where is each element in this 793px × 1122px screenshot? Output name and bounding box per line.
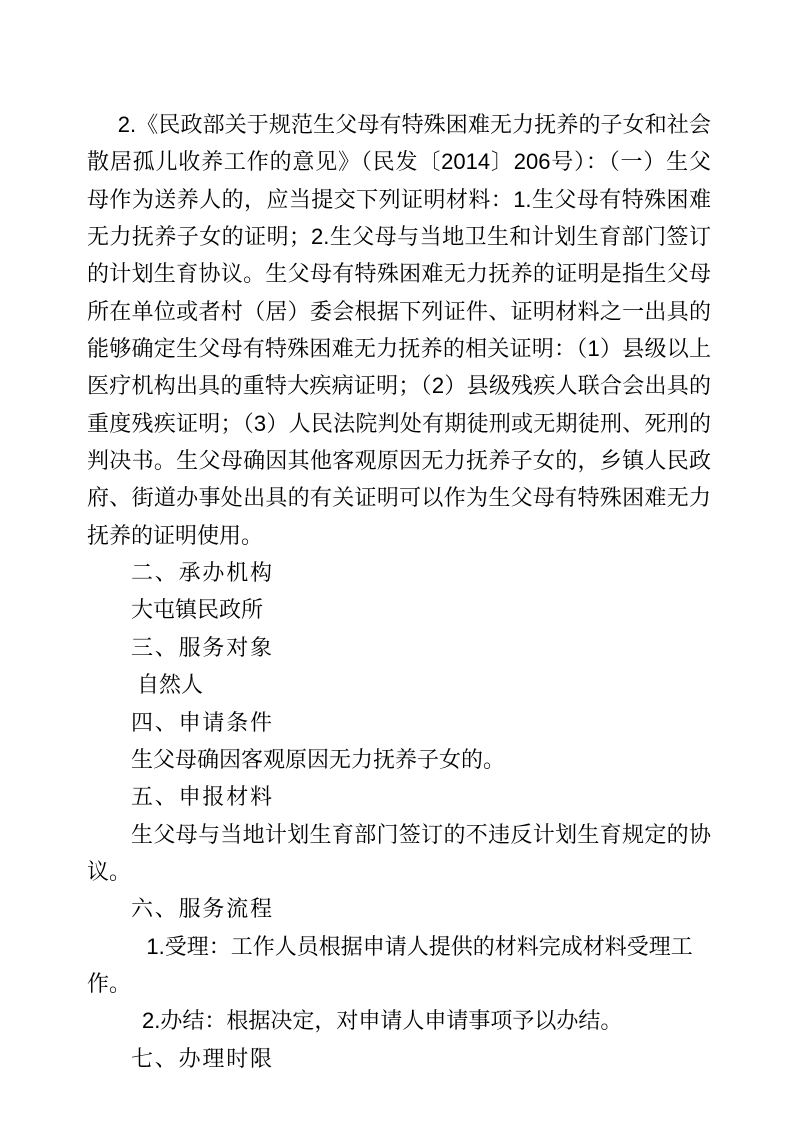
heading-section-7-time-limit: 七、办理时限 bbox=[87, 1040, 711, 1077]
heading-section-4-application-conditions: 四、申请条件 bbox=[87, 704, 711, 741]
heading-section-3-service-target: 三、服务对象 bbox=[87, 629, 711, 666]
paragraph-agency-name: 大屯镇民政所 bbox=[87, 591, 711, 628]
paragraph-process-step-1: 1.受理：工作人员根据申请人提供的材料完成材料受理工作。 bbox=[87, 928, 711, 1003]
paragraph-service-target: 自然人 bbox=[87, 666, 711, 703]
document-page: 2.《民政部关于规范生父母有特殊困难无力抚养的子女和社会散居孤儿收养工作的意见》… bbox=[0, 0, 793, 1122]
paragraph-process-step-2: 2.办结：根据决定，对申请人申请事项予以办结。 bbox=[87, 1002, 711, 1039]
paragraph-application-materials: 生父母与当地计划生育部门签订的不违反计划生育规定的协议。 bbox=[87, 816, 711, 891]
heading-section-5-application-materials: 五、申报材料 bbox=[87, 778, 711, 815]
paragraph-application-conditions: 生父母确因客观原因无力抚养子女的。 bbox=[87, 741, 711, 778]
heading-section-2-agency: 二、承办机构 bbox=[87, 554, 711, 591]
paragraph-policy-basis: 2.《民政部关于规范生父母有特殊困难无力抚养的子女和社会散居孤儿收养工作的意见》… bbox=[87, 106, 711, 554]
heading-section-6-service-process: 六、服务流程 bbox=[87, 890, 711, 927]
